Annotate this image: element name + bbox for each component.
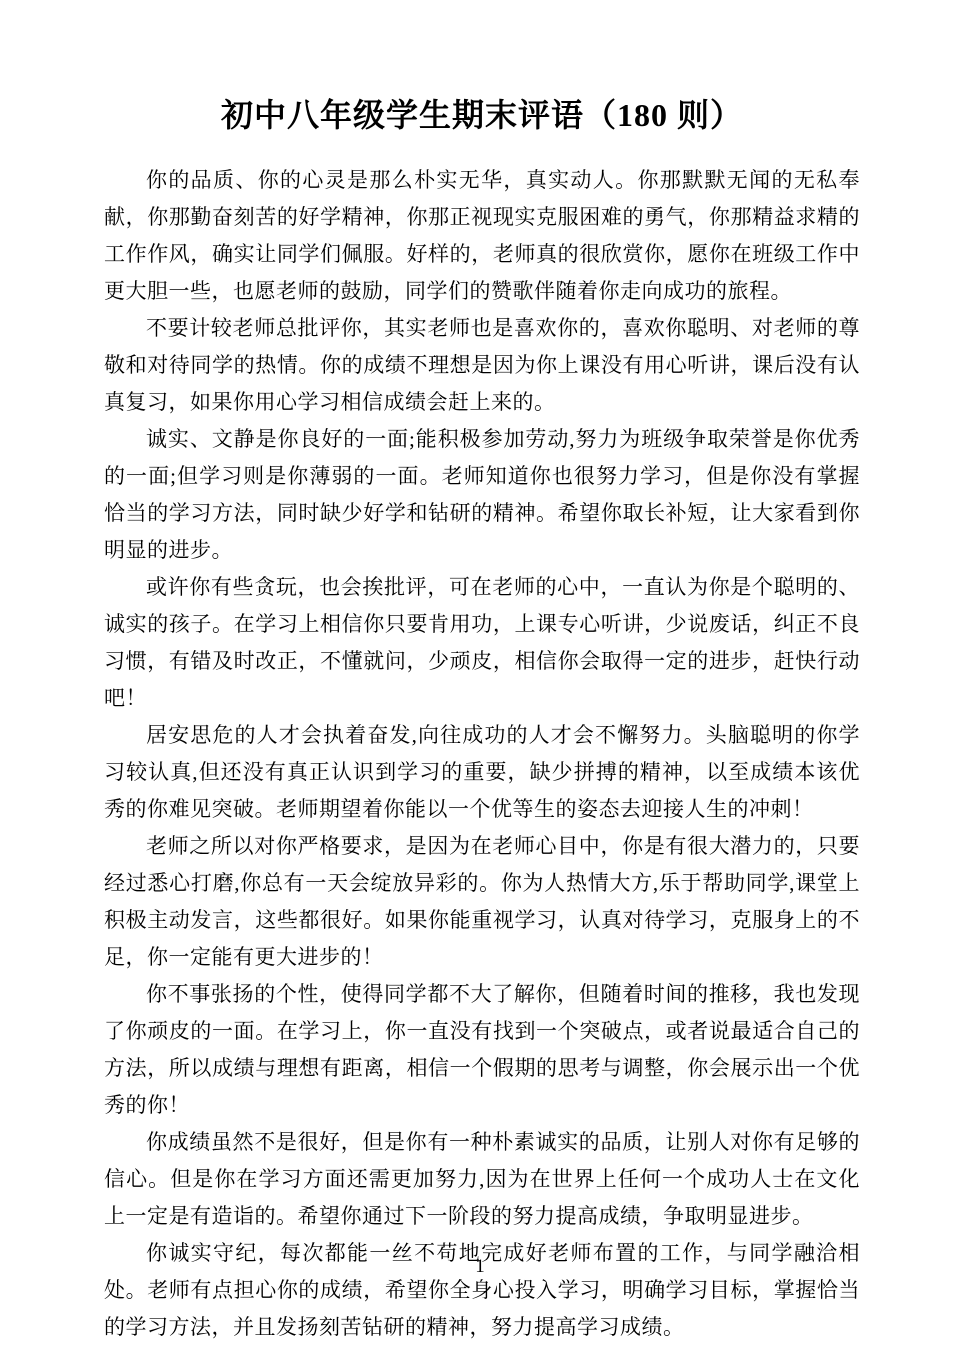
paragraph: 诚实、文静是你良好的一面;能积极参加劳动,努力为班级争取荣誉是你优秀的一面;但学… (104, 421, 860, 569)
document-page: 初中八年级学生期末评语（180 则） 你的品质、你的心灵是那么朴实无华，真实动人… (0, 0, 960, 1358)
paragraph: 你不事张扬的个性，使得同学都不大了解你，但随着时间的推移，我也发现了你顽皮的一面… (104, 976, 860, 1124)
paragraph: 你的品质、你的心灵是那么朴实无华，真实动人。你那默默无闻的无私奉献，你那勤奋刻苦… (104, 162, 860, 310)
paragraph: 居安思危的人才会执着奋发,向往成功的人才会不懈努力。头脑聪明的你学习较认真,但还… (104, 717, 860, 828)
paragraph: 老师之所以对你严格要求，是因为在老师心目中，你是有很大潜力的，只要经过悉心打磨,… (104, 828, 860, 976)
page-number: 1 (0, 1256, 960, 1278)
document-title: 初中八年级学生期末评语（180 则） (104, 96, 860, 134)
document-body: 你的品质、你的心灵是那么朴实无华，真实动人。你那默默无闻的无私奉献，你那勤奋刻苦… (104, 162, 860, 1346)
paragraph: 你诚实守纪，每次都能一丝不苟地完成好老师布置的工作，与同学融洽相处。老师有点担心… (104, 1235, 860, 1346)
paragraph: 你成绩虽然不是很好，但是你有一种朴素诚实的品质，让别人对你有足够的信心。但是你在… (104, 1124, 860, 1235)
paragraph: 不要计较老师总批评你，其实老师也是喜欢你的，喜欢你聪明、对老师的尊敬和对待同学的… (104, 310, 860, 421)
paragraph: 或许你有些贪玩，也会挨批评，可在老师的心中，一直认为你是个聪明的、诚实的孩子。在… (104, 569, 860, 717)
